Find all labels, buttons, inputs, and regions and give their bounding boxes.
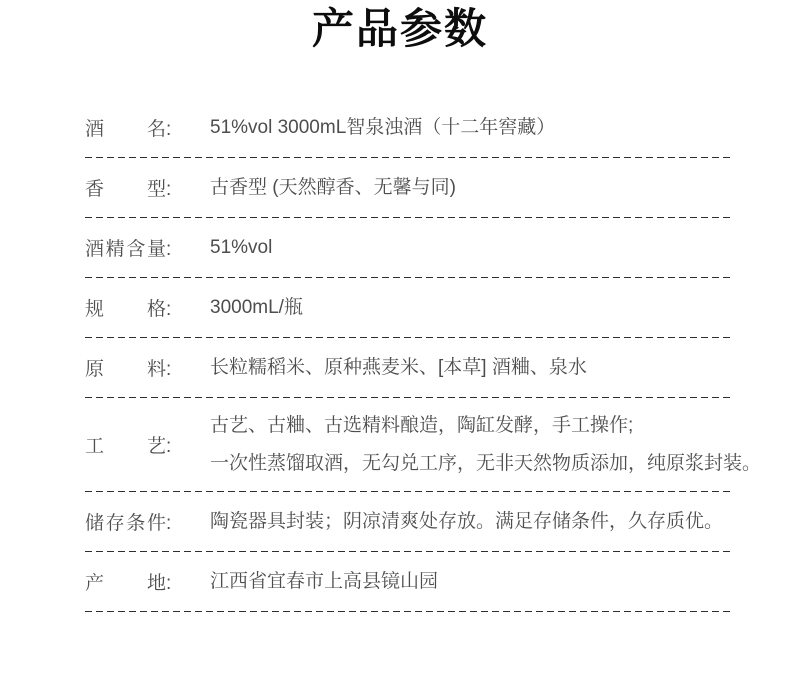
spec-label: 规格:	[85, 294, 181, 321]
spec-row-place-of-origin: 产地: 江西省宜春市上高县镜山园	[85, 552, 737, 611]
spec-label-colon: :	[166, 359, 171, 381]
spec-value: 51%vol 3000mL智泉浊酒（十二年窖藏）	[210, 115, 555, 141]
spec-label: 原料:	[85, 354, 181, 381]
spec-row-specification: 规格: 3000mL/瓶	[85, 278, 737, 337]
spec-value-line: 古艺、古粬、古选精料酿造，陶缸发酵，手工操作;	[210, 407, 761, 445]
page-title: 产品参数	[0, 4, 800, 54]
spec-label-colon: :	[166, 239, 171, 261]
spec-value: 古艺、古粬、古选精料酿造，陶缸发酵，手工操作; 一次性蒸馏取酒，无勾兑工序，无非…	[210, 407, 761, 483]
spec-value: 51%vol	[210, 235, 272, 261]
spec-value: 3000mL/瓶	[210, 295, 303, 321]
spec-label-text: 原料	[85, 354, 166, 381]
spec-row-ingredients: 原料: 长粒糯稻米、原种燕麦米、[本草] 酒粬、泉水	[85, 338, 737, 397]
spec-label: 酒精含量:	[85, 234, 181, 261]
spec-row-alcohol-content: 酒精含量: 51%vol	[85, 218, 737, 277]
spec-label-colon: :	[166, 436, 171, 458]
spec-label-text: 工艺	[85, 431, 166, 458]
spec-value: 陶瓷器具封装；阴凉清爽处存放。满足存储条件，久存质优。	[210, 509, 723, 535]
spec-row-aroma-type: 香型: 古香型 (天然醇香、无馨与同)	[85, 158, 737, 217]
spec-label-colon: :	[166, 179, 171, 201]
spec-label-colon: :	[166, 299, 171, 321]
spec-label-text: 产地	[85, 568, 166, 595]
spec-label-text: 酒精含量	[85, 234, 166, 261]
spec-label-text: 规格	[85, 294, 166, 321]
spec-row-craftsmanship: 工艺: 古艺、古粬、古选精料酿造，陶缸发酵，手工操作; 一次性蒸馏取酒，无勾兑工…	[85, 398, 737, 491]
spec-label-text: 香型	[85, 174, 166, 201]
spec-label: 储存条件:	[85, 508, 181, 535]
spec-label-text: 酒名	[85, 114, 166, 141]
product-spec-table: 酒名: 51%vol 3000mL智泉浊酒（十二年窖藏） 香型: 古香型 (天然…	[85, 98, 737, 612]
spec-value: 古香型 (天然醇香、无馨与同)	[210, 175, 456, 201]
spec-value-line: 一次性蒸馏取酒，无勾兑工序，无非天然物质添加，纯原浆封装。	[210, 445, 761, 483]
spec-row-product-name: 酒名: 51%vol 3000mL智泉浊酒（十二年窖藏）	[85, 98, 737, 157]
spec-row-storage-conditions: 储存条件: 陶瓷器具封装；阴凉清爽处存放。满足存储条件，久存质优。	[85, 492, 737, 551]
spec-value: 长粒糯稻米、原种燕麦米、[本草] 酒粬、泉水	[210, 355, 587, 381]
spec-label-colon: :	[166, 573, 171, 595]
row-divider	[85, 611, 730, 612]
spec-value: 江西省宜春市上高县镜山园	[210, 569, 438, 595]
spec-label: 工艺:	[85, 431, 181, 458]
spec-label-text: 储存条件	[85, 508, 166, 535]
spec-label-colon: :	[166, 119, 171, 141]
spec-label: 产地:	[85, 568, 181, 595]
spec-label: 香型:	[85, 174, 181, 201]
spec-label: 酒名:	[85, 114, 181, 141]
spec-label-colon: :	[166, 513, 171, 535]
